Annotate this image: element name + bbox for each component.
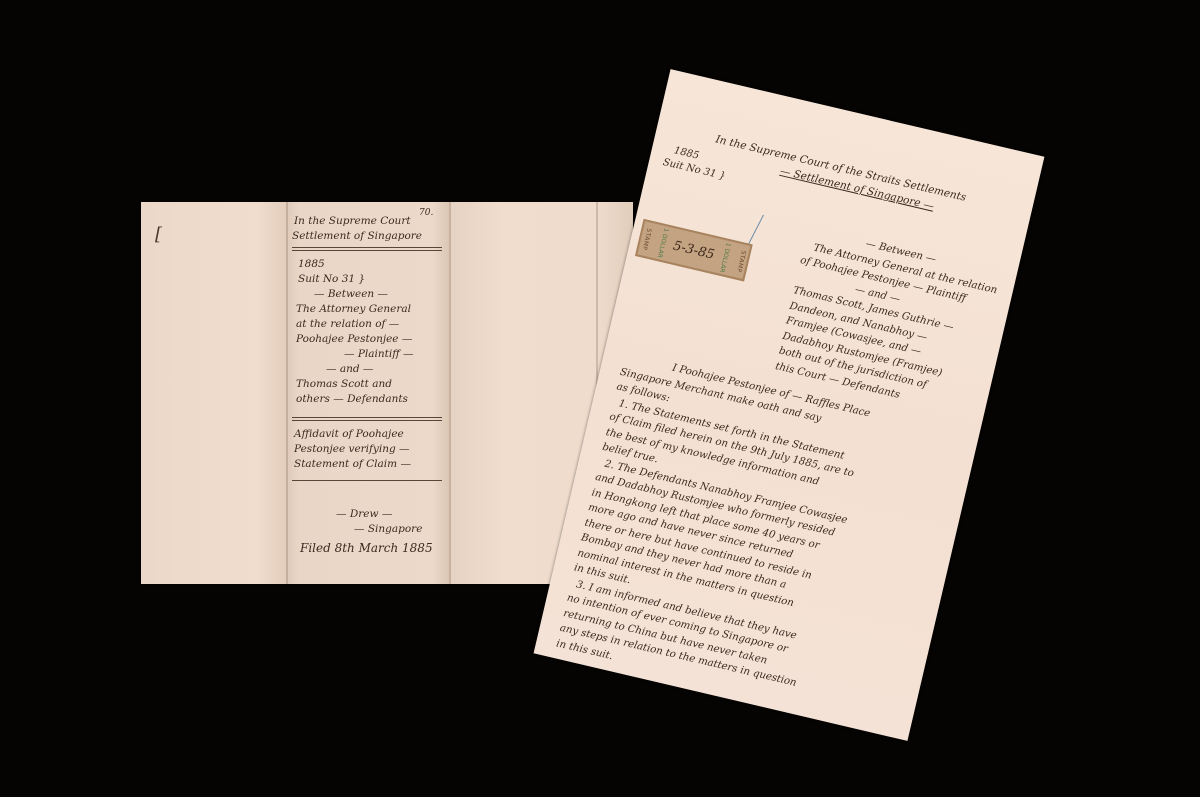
party-line: at the relation of — xyxy=(292,317,442,332)
suit-number: Suit No 31 } xyxy=(292,272,442,287)
title-line: Pestonjee verifying — xyxy=(292,442,442,457)
solicitor-name: — Drew — xyxy=(292,507,442,522)
plaintiff-label: — Plaintiff — xyxy=(292,347,442,362)
fold-crease xyxy=(449,202,451,584)
year: 1885 xyxy=(292,257,442,272)
oath-paragraphs: I Poohajee Pestonjee of — Raffles Place … xyxy=(555,349,967,731)
and-label: — and — xyxy=(292,362,442,377)
title-line: Statement of Claim — xyxy=(292,457,442,472)
defendants-label: others — Defendants xyxy=(292,392,442,407)
double-rule xyxy=(292,247,442,251)
affidavit-document: In the Supreme Court of the Straits Sett… xyxy=(534,69,1045,741)
court-heading-line-1: In the Supreme Court xyxy=(292,214,442,229)
fold-crease xyxy=(286,202,288,584)
left-fold-panel: [ xyxy=(141,202,286,584)
party-line: Poohajee Pestonjee — xyxy=(292,332,442,347)
filed-date: Filed 8th March 1885 xyxy=(292,541,442,556)
party-line: Thomas Scott and xyxy=(292,377,442,392)
folded-endorsement-document: [ 70. In the Supreme Court Settlement of… xyxy=(141,202,633,584)
margin-mark: [ xyxy=(155,224,162,245)
endorsement-panel: 70. In the Supreme Court Settlement of S… xyxy=(286,202,449,584)
solicitor-place: — Singapore xyxy=(292,522,442,537)
endorsement-text: In the Supreme Court Settlement of Singa… xyxy=(292,204,442,556)
court-heading-line-2: Settlement of Singapore xyxy=(292,229,442,244)
title-line: Affidavit of Poohajee xyxy=(292,427,442,442)
rule xyxy=(292,480,442,481)
double-rule xyxy=(292,417,442,421)
party-line: The Attorney General xyxy=(292,302,442,317)
between-label: — Between — xyxy=(292,287,442,302)
